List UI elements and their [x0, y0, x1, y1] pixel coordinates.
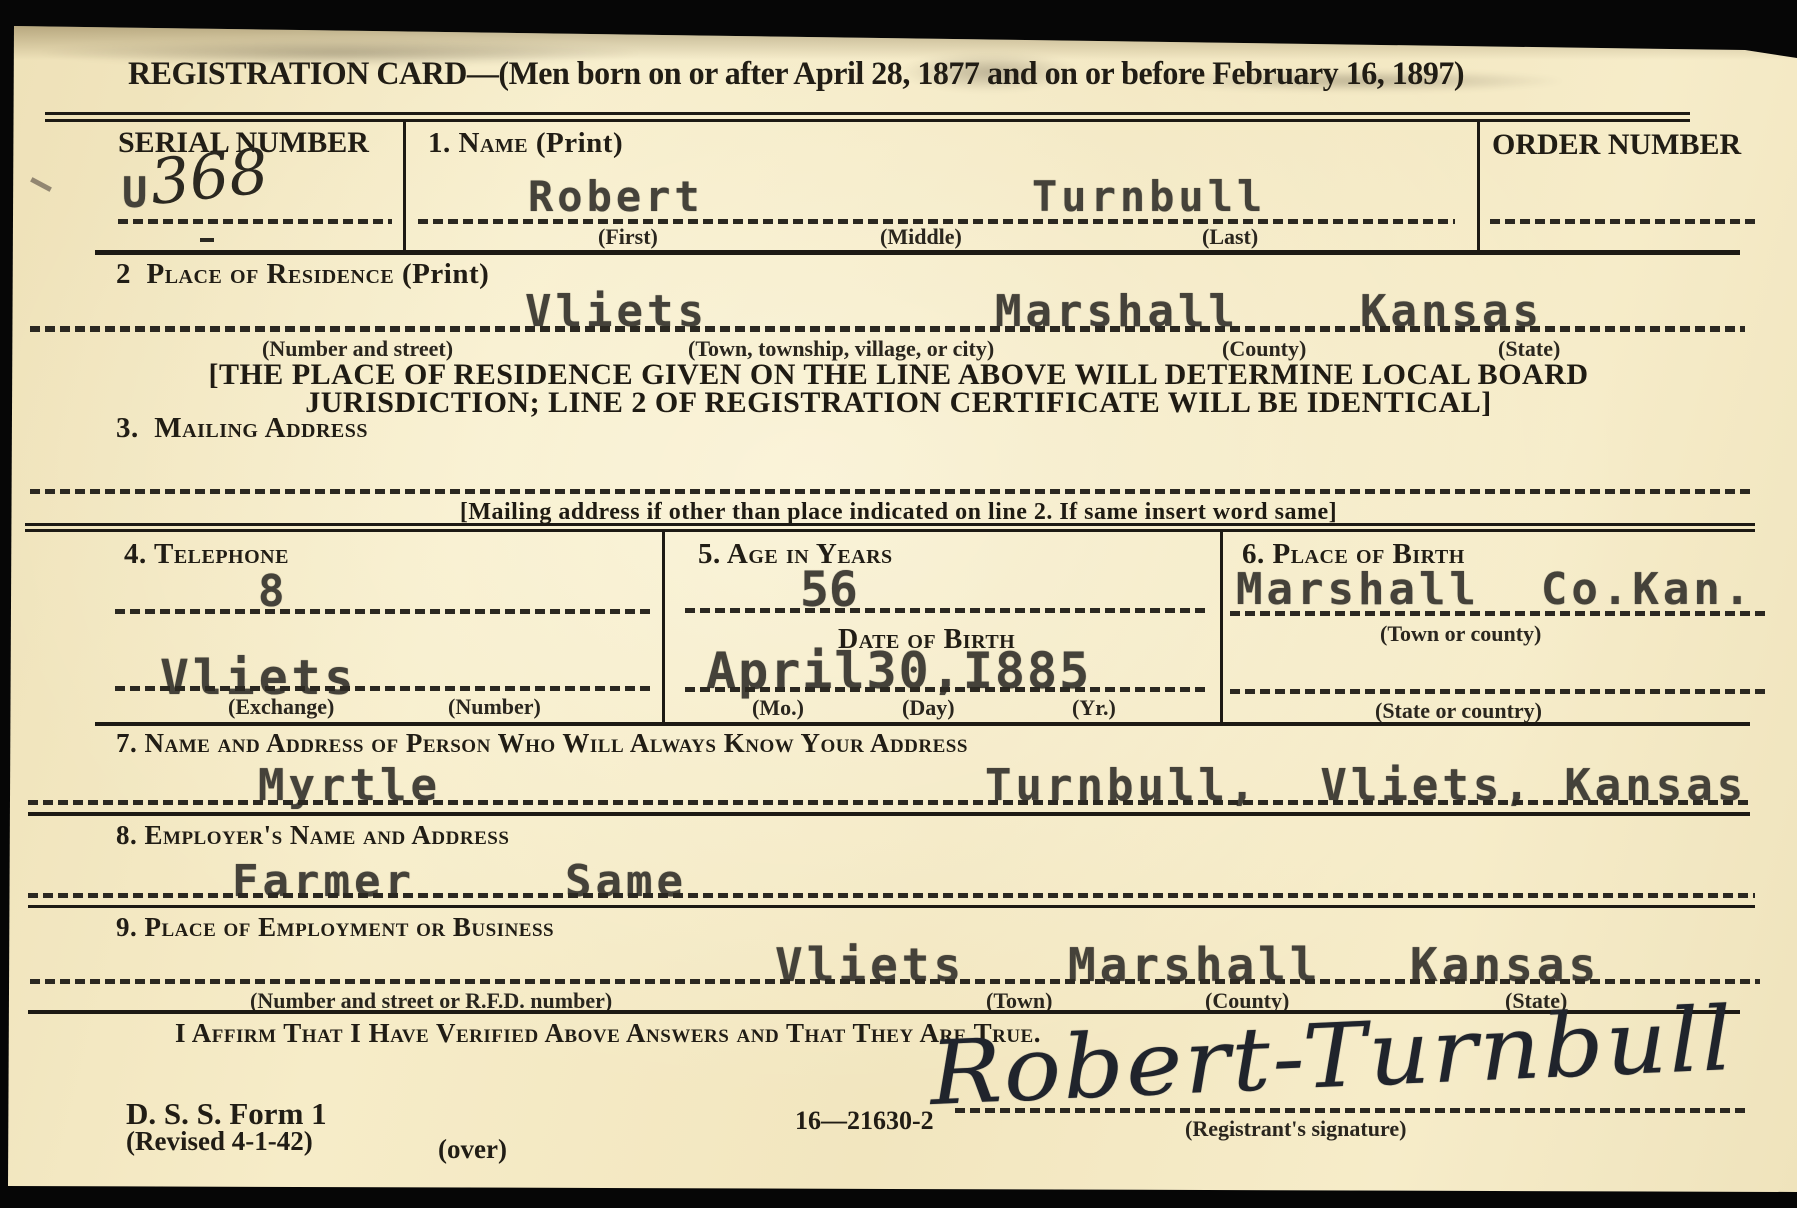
- contact-label: 7. Name and Address of Person Who Will A…: [116, 728, 968, 759]
- scanned-registration-card: { "title": "REGISTRATION CARD—(Men born …: [0, 0, 1797, 1208]
- rule: [28, 812, 1750, 816]
- employer-label: 8. Employer's Name and Address: [116, 820, 509, 851]
- stray-mark: [200, 238, 214, 242]
- rule: [28, 905, 1755, 908]
- residence-label: 2 Place of Residence (Print): [116, 258, 489, 291]
- order-number-label: ORDER NUMBER: [1492, 128, 1741, 162]
- column-divider: [662, 532, 665, 722]
- first-sublabel: (First): [598, 224, 658, 250]
- card-title: REGISTRATION CARD—(Men born on or after …: [128, 56, 1464, 93]
- birth-state-sublabel: (State or country): [1375, 698, 1542, 724]
- card-paper: REGISTRATION CARD—(Men born on or after …: [0, 0, 1797, 1208]
- rule: [25, 523, 1755, 526]
- dotted-line: [115, 686, 652, 691]
- rule: [25, 529, 1755, 532]
- dotted-line: [685, 608, 1205, 613]
- serial-prefix-value: U: [122, 168, 147, 217]
- birth-town-sublabel: (Town or county): [1380, 621, 1541, 647]
- pencil-mark: [30, 177, 52, 192]
- residence-label-text: 2 Place of Residence: [116, 258, 402, 290]
- age-label: 5. Age in Years: [698, 538, 893, 571]
- column-divider: [1220, 532, 1223, 722]
- employer-address-value: Same: [565, 856, 687, 907]
- exchange-sublabel: (Exchange): [228, 694, 334, 720]
- mailing-label: 3. Mailing Address: [116, 412, 368, 445]
- dotted-line: [1230, 611, 1768, 616]
- dotted-line: [28, 893, 1755, 898]
- column-divider: [1477, 122, 1480, 252]
- day-sublabel: (Day): [902, 695, 955, 721]
- name-label-text: 1. Name: [428, 127, 536, 159]
- signature-sublabel: (Registrant's signature): [1185, 1116, 1406, 1142]
- dotted-line: [115, 609, 652, 614]
- dotted-line: [955, 1108, 1745, 1113]
- employment-label: 9. Place of Employment or Business: [116, 912, 554, 943]
- column-divider: [403, 122, 406, 252]
- print-code: 16—21630-2: [795, 1106, 934, 1136]
- dotted-line: [30, 326, 1745, 332]
- middle-sublabel: (Middle): [880, 224, 962, 250]
- month-sublabel: (Mo.): [752, 695, 804, 721]
- dotted-line: [30, 489, 1750, 494]
- number-sublabel: (Number): [448, 694, 541, 720]
- rule: [95, 250, 1740, 255]
- form-revision: (Revised 4-1-42): [126, 1126, 313, 1157]
- dotted-line: [28, 800, 1750, 805]
- serial-number-value: 368: [147, 134, 272, 219]
- dotted-line: [118, 219, 392, 224]
- last-sublabel: (Last): [1202, 224, 1258, 250]
- affirmation-text: I Affirm That I Have Verified Above Answ…: [175, 1018, 1041, 1049]
- dotted-line: [1230, 689, 1768, 694]
- name-label-paren: (Print): [536, 127, 623, 159]
- name-last-value: Turnbull: [1032, 172, 1266, 221]
- year-sublabel: (Yr.): [1072, 695, 1116, 721]
- dotted-line: [685, 687, 1205, 692]
- rule: [45, 119, 1690, 122]
- birthplace-value: Marshall Co.Kan.: [1236, 564, 1754, 615]
- residence-label-paren: (Print): [402, 258, 489, 290]
- name-label: 1. Name (Print): [428, 127, 623, 160]
- mailing-hint: [Mailing address if other than place ind…: [0, 499, 1797, 526]
- employer-name-value: Farmer: [232, 856, 415, 907]
- name-first-value: Robert: [528, 172, 704, 221]
- dotted-line: [1490, 219, 1756, 224]
- over-note: (over): [438, 1134, 507, 1165]
- rule: [95, 722, 1750, 726]
- dotted-line: [30, 979, 1760, 984]
- rule: [45, 112, 1690, 115]
